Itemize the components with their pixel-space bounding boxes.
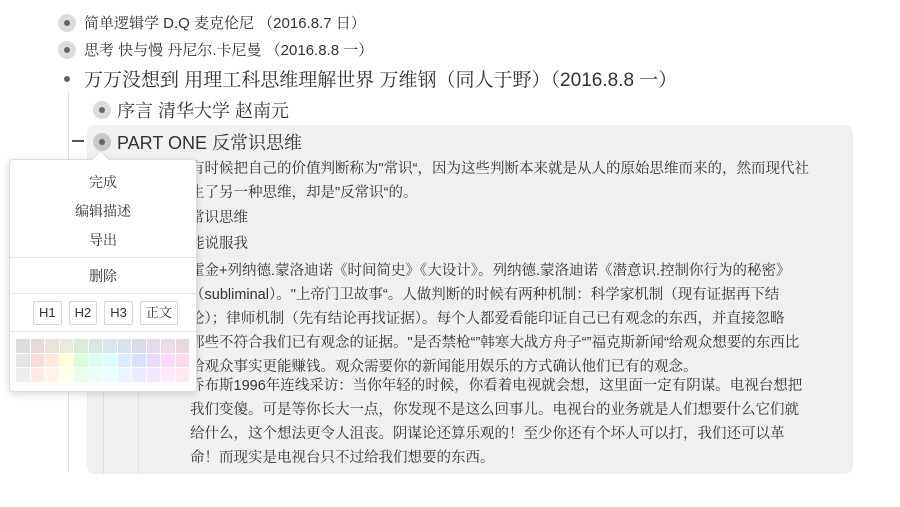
color-swatch[interactable] [45,354,59,368]
outline-item[interactable]: 简单逻辑学 D.Q 麦克伦尼 （2016.8.7 日） [58,12,366,33]
color-swatch[interactable] [45,368,59,382]
context-menu: 完成 编辑描述 导出 删除 H1 H2 H3 正文 [9,159,197,392]
menu-item-delete[interactable]: 删除 [10,266,196,286]
color-swatch[interactable] [89,368,103,382]
color-swatch[interactable] [74,339,88,353]
heading-h2-button[interactable]: H2 [69,301,98,325]
color-swatch[interactable] [31,354,45,368]
collapsed-bullet-icon[interactable] [93,101,111,119]
color-swatch[interactable] [89,354,103,368]
child-item-text[interactable]: 能说服我 [190,232,854,256]
outline-item-text[interactable]: PART ONE 反常识思维 [117,129,302,155]
color-swatch[interactable] [161,368,175,382]
color-swatch[interactable] [16,339,30,353]
color-swatch[interactable] [16,368,30,382]
note-line: 有时候把自己的价值判断称为"常识“，因为这些判断本来就是从人的原始思维而来的，然… [190,157,854,181]
note-line: 生了另一种思维，却是"反常识“的。 [190,181,854,205]
color-swatch[interactable] [132,368,146,382]
note-line: 霍金+列纳德.蒙洛迪诺《时间简史》《大设计》。列纳德.蒙洛迪诺《潜意识.控制你行… [190,259,854,283]
child-item-text[interactable]: 乔布斯1996年连线采访：当你年轻的时候，你看着电视就会想，这里面一定有阴谋。电… [190,374,854,470]
outline-item-text[interactable]: 序言 清华大学 赵南元 [117,97,289,123]
color-swatch[interactable] [89,339,103,353]
color-swatch[interactable] [31,339,45,353]
note-line: 我们变傻。可是等你长大一点，你发现不是这么回事儿。电视台的业务就是人们想要什么它… [190,398,854,422]
color-swatch[interactable] [132,339,146,353]
color-palette [16,339,189,382]
color-swatch[interactable] [45,339,59,353]
note-line: 命！而现实是电视台只不过给我们想要的东西。 [190,446,854,470]
collapsed-bullet-icon[interactable] [58,14,76,32]
color-swatch[interactable] [118,368,132,382]
color-swatch[interactable] [132,354,146,368]
outline-item[interactable]: 万万没想到 用理工科思维理解世界 万维钢（同人于野）（2016.8.8 一） [58,65,677,92]
collapsed-bullet-icon[interactable] [93,133,111,151]
menu-item-complete[interactable]: 完成 [10,172,196,192]
note-line: 那些不符合我们已有观念的证据。"是否禁枪“”韩寒大战方舟子“”福克斯新闻“给观众… [190,331,854,355]
color-swatch[interactable] [103,354,117,368]
color-swatch[interactable] [147,368,161,382]
heading-h1-button[interactable]: H1 [33,301,62,325]
heading-h3-button[interactable]: H3 [104,301,133,325]
menu-separator [10,331,196,332]
child-item-text[interactable]: 霍金+列纳德.蒙洛迪诺《时间简史》《大设计》。列纳德.蒙洛迪诺《潜意识.控制你行… [190,259,854,379]
note-text[interactable]: 有时候把自己的价值判断称为"常识“，因为这些判断本来就是从人的原始思维而来的，然… [190,157,854,205]
color-swatch[interactable] [147,354,161,368]
color-swatch[interactable] [118,354,132,368]
color-swatch[interactable] [31,368,45,382]
menu-separator [10,293,196,294]
color-swatch[interactable] [161,354,175,368]
outline-item-text[interactable]: 思考 快与慢 丹尼尔.卡尼曼 （2016.8.8 一） [84,39,373,60]
outline-item[interactable]: 序言 清华大学 赵南元 [93,97,289,123]
collapse-toggle-icon[interactable] [72,140,84,142]
child-item-text[interactable]: 常识思维 [190,206,854,230]
note-line: 论）；律师机制（先有结论再找证据）。每个人都爱看能印证自己已有观念的东西，并直接… [190,307,854,331]
menu-separator [10,257,196,258]
body-text-button[interactable]: 正文 [140,301,178,325]
color-swatch[interactable] [60,339,74,353]
outline-item-text[interactable]: 万万没想到 用理工科思维理解世界 万维钢（同人于野）（2016.8.8 一） [84,65,677,92]
menu-item-edit-description[interactable]: 编辑描述 [10,201,196,221]
heading-buttons: H1 H2 H3 正文 [33,301,178,325]
note-line: （subliminal）。"上帝门卫故事“。人做判断的时候有两种机制：科学家机制… [190,283,854,307]
color-swatch[interactable] [74,368,88,382]
color-swatch[interactable] [176,368,190,382]
collapsed-bullet-icon[interactable] [58,41,76,59]
note-line: 给什么，这个想法更令人沮丧。阴谋论还算乐观的！至少你还有个坏人可以打，我们还可以… [190,422,854,446]
outline-item[interactable]: 思考 快与慢 丹尼尔.卡尼曼 （2016.8.8 一） [58,39,373,60]
color-swatch[interactable] [147,339,161,353]
color-swatch[interactable] [60,354,74,368]
outline-item-focused[interactable]: PART ONE 反常识思维 [93,129,302,155]
color-swatch[interactable] [176,339,190,353]
bullet-icon[interactable] [58,70,76,88]
color-swatch[interactable] [176,354,190,368]
color-swatch[interactable] [60,368,74,382]
color-swatch[interactable] [103,339,117,353]
menu-item-export[interactable]: 导出 [10,230,196,250]
color-swatch[interactable] [103,368,117,382]
color-swatch[interactable] [118,339,132,353]
color-swatch[interactable] [74,354,88,368]
color-swatch[interactable] [161,339,175,353]
outline-item-text[interactable]: 简单逻辑学 D.Q 麦克伦尼 （2016.8.7 日） [84,12,366,33]
note-line: 乔布斯1996年连线采访：当你年轻的时候，你看着电视就会想，这里面一定有阴谋。电… [190,374,854,398]
color-swatch[interactable] [16,354,30,368]
